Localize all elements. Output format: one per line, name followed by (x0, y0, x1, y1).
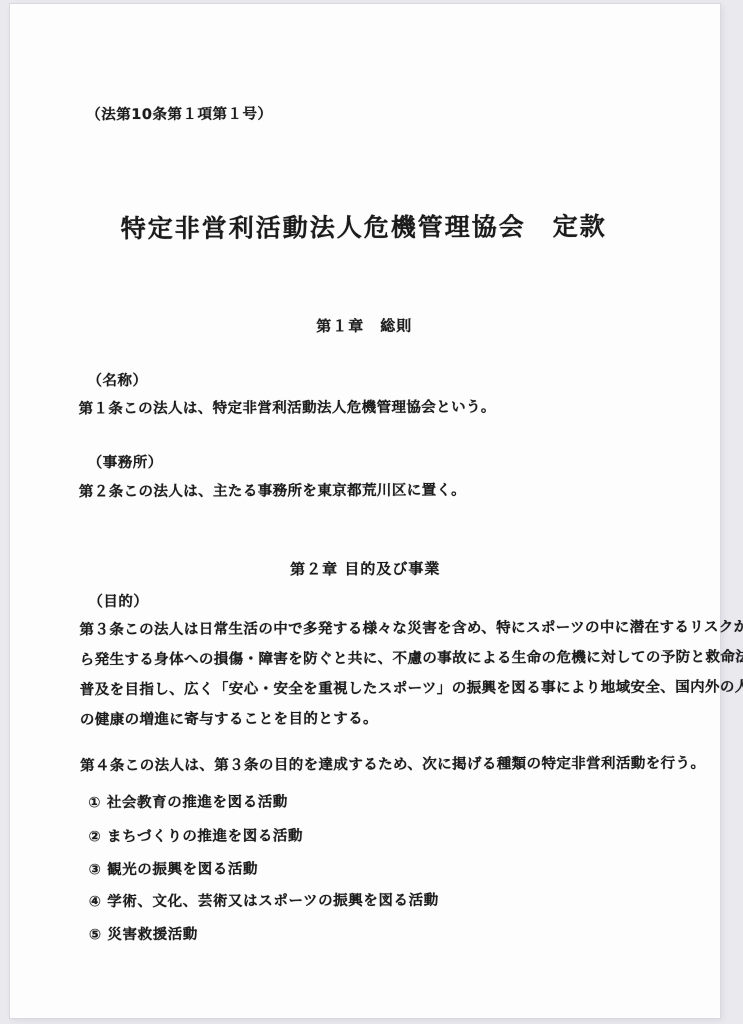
document-page: （法第10条第１項第１号） 特定非営利活動法人危機管理協会 定款 第１章 総則 … (10, 4, 720, 1018)
article1-text: 第１条この法人は、特定非営利活動法人危機管理協会という。 (79, 395, 496, 418)
article3-line-4: の健康の増進に寄与することを目的とする。 (80, 707, 378, 729)
article4-text: 第４条この法人は、第３条の目的を達成するため、次に掲げる種類の特定非営利活動を行… (80, 752, 705, 776)
article3-line-2: ら発生する身体への損傷・障害を防ぐと共に、不慮の事故による生命の危機に対しての予… (80, 645, 743, 669)
activity-item-3: ③ 観光の振興を図る活動 (89, 857, 259, 879)
chapter1-heading: 第１章 総則 (9, 313, 719, 337)
article1-name-label: （名称） (87, 369, 147, 390)
law-reference: （法第10条第１項第１号） (86, 102, 272, 124)
activity-item-2: ② まちづくりの推進を図る活動 (88, 824, 303, 846)
document-content: （法第10条第１項第１号） 特定非営利活動法人危機管理協会 定款 第１章 総則 … (8, 2, 722, 1019)
article2-office-label: （事務所） (88, 451, 163, 472)
document-title: 特定非営利活動法人危機管理協会 定款 (9, 206, 719, 245)
activity-item-4: ④ 学術、文化、芸術又はスポーツの振興を図る活動 (89, 889, 439, 912)
chapter2-heading: 第２章 目的及び事業 (10, 556, 720, 580)
article3-line-1: 第３条この法人は日常生活の中で多発する様々な災害を含め、特にスポーツの中に潜在す… (79, 615, 743, 639)
article3-purpose-label: （目的） (88, 590, 148, 611)
activity-item-1: ① 社会教育の推進を図る活動 (88, 790, 288, 812)
article3-line-3: 普及を目指し、広く「安心・安全を重視したスポーツ」の振興を図る事により地域安全、… (80, 675, 743, 699)
activity-item-5: ⑤ 災害救援活動 (89, 923, 198, 944)
photo-background: （法第10条第１項第１号） 特定非営利活動法人危機管理協会 定款 第１章 総則 … (0, 0, 743, 1024)
article2-text: 第２条この法人は、主たる事務所を東京都荒川区に置く。 (79, 479, 466, 502)
